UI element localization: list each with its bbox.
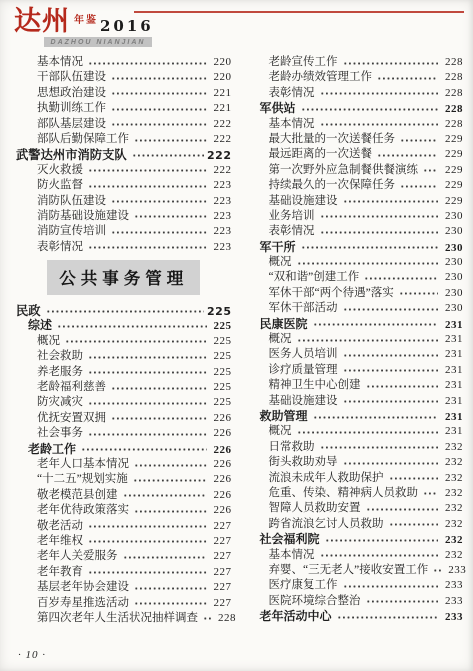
toc-entry-title: 最远距离的一次送餐	[269, 145, 373, 161]
toc-entry-page: 227	[210, 550, 232, 562]
toc-entry: 老年人关爱服务227	[16, 547, 232, 562]
dot-leader	[88, 393, 207, 408]
toc-entry-title: 社会救助	[37, 347, 83, 363]
section-heading: 公共事务管理	[16, 253, 232, 301]
dot-leader	[111, 378, 207, 393]
toc-entry: 防火监督223	[16, 176, 232, 191]
dot-leader	[399, 284, 438, 299]
dot-leader	[400, 130, 438, 145]
dot-leader	[57, 316, 206, 331]
toc-entry-title: “十二五”规划实施	[37, 470, 128, 486]
toc-entry-title: 精神卫生中心创建	[269, 376, 361, 392]
toc-entry: 优抚安置双拥226	[16, 409, 232, 424]
dot-leader	[297, 422, 439, 437]
toc-entry-page: 231	[441, 395, 463, 407]
toc-entry-page: 230	[441, 210, 463, 222]
toc-entry: 最大批量的一次送餐任务229	[248, 130, 464, 145]
logo-gray-bar: DAZHOU NIANJIAN	[44, 37, 152, 47]
dot-leader	[123, 486, 207, 501]
dot-leader	[343, 53, 439, 68]
dot-leader	[111, 222, 207, 237]
toc-entry-title: 概况	[269, 422, 292, 438]
toc-entry-page: 222	[210, 164, 232, 176]
toc-entry-page: 230	[441, 271, 463, 283]
toc-entry-page: 232	[441, 441, 463, 453]
toc-entry: 医疗康复工作233	[248, 576, 464, 591]
toc-entry-page: 227	[210, 566, 232, 578]
toc-entry: 概况231	[248, 330, 464, 345]
dot-leader	[320, 546, 439, 561]
toc-entry-page: 231	[441, 333, 463, 345]
toc-entry: 灭火救援222	[16, 161, 232, 176]
dot-leader	[423, 484, 438, 499]
toc-entry: 社会事务226	[16, 424, 232, 439]
dot-leader	[377, 68, 438, 83]
toc-entry-page: 232	[441, 534, 463, 546]
dot-leader	[366, 376, 439, 391]
dot-leader	[320, 207, 439, 222]
toc-columns: 基本情况220干部队伍建设220思想政治建设221执勤训练工作221部队基层建设…	[16, 53, 463, 624]
dot-leader	[297, 253, 439, 268]
toc-entry: 养老服务225	[16, 363, 232, 378]
toc-entry-title: 消防宣传培训	[37, 222, 106, 238]
toc-entry-title: 灭火救援	[37, 161, 83, 177]
toc-entry-page: 220	[210, 71, 232, 83]
toc-entry: 救助管理231	[248, 407, 464, 422]
toc-entry-title: 第四次老年人生活状况抽样调查	[37, 609, 198, 625]
logo-nianjian-text: 年鉴	[74, 16, 98, 26]
section-heading-text: 公共事务管理	[47, 260, 200, 295]
dot-leader	[132, 145, 204, 160]
toc-entry: 老年优待政策落实226	[16, 501, 232, 516]
toc-entry-page: 225	[210, 381, 232, 393]
toc-entry: 敬老模范县创建226	[16, 486, 232, 501]
toc-entry-page: 229	[441, 148, 463, 160]
dot-leader	[343, 192, 439, 207]
dot-leader	[320, 438, 439, 453]
page-header: 达州 年鉴 2016 DAZHOU NIANJIAN	[14, 8, 154, 47]
toc-entry-title: 消防基础设施建设	[37, 207, 129, 223]
toc-entry-page: 229	[441, 164, 463, 176]
toc-entry-page: 228	[441, 118, 463, 130]
dot-leader	[111, 115, 207, 130]
toc-entry-title: 老龄宣传工作	[269, 53, 338, 69]
dot-leader	[134, 578, 207, 593]
toc-entry-title: 持续最久的一次保障任务	[269, 176, 396, 192]
toc-entry-title: 概况	[269, 330, 292, 346]
toc-entry-title: 军休干部“两个待遇”落实	[269, 284, 394, 300]
dot-leader	[343, 361, 439, 376]
toc-entry-page: 221	[210, 87, 232, 99]
toc-entry: 表彰情况228	[248, 84, 464, 99]
toc-entry-page: 233	[441, 611, 463, 623]
toc-entry: 危重、传染、精神病人员救助232	[248, 484, 464, 499]
dot-leader	[88, 424, 207, 439]
toc-entry: 第一次野外应急制餐供餐演练229	[248, 161, 464, 176]
dot-leader	[364, 268, 438, 283]
toc-entry: 基础设施建设229	[248, 192, 464, 207]
toc-entry: 干部队伍建设220	[16, 68, 232, 83]
toc-entry: 老龄工作226	[16, 440, 232, 455]
dot-leader	[343, 392, 439, 407]
toc-entry-page: 231	[441, 364, 463, 376]
toc-entry-title: 防火监督	[37, 176, 83, 192]
toc-entry-title: 智障人员救助安置	[269, 499, 361, 515]
toc-entry: “双和谐”创建工作230	[248, 268, 464, 283]
dot-leader	[134, 455, 207, 470]
dot-leader	[111, 84, 207, 99]
toc-entry-title: 老年活动中心	[260, 607, 332, 624]
toc-entry-title: 老年教育	[37, 563, 83, 579]
toc-entry-title: 老龄福利慈善	[37, 378, 106, 394]
toc-entry: 日常救助232	[248, 438, 464, 453]
toc-entry-page: 231	[441, 379, 463, 391]
dot-leader	[88, 238, 207, 253]
dot-leader	[46, 301, 204, 316]
logo-dazhou-text: 达州	[14, 8, 70, 35]
toc-entry: 跨省流浪乞讨人员救助232	[248, 515, 464, 530]
toc-entry-page: 233	[441, 595, 463, 607]
toc-entry-page: 225	[207, 305, 231, 318]
toc-entry: 基本情况220	[16, 53, 232, 68]
toc-entry-page: 226	[210, 489, 232, 501]
toc-entry-title: 老龄办绩效管理工作	[269, 68, 373, 84]
toc-entry-page: 226	[210, 427, 232, 439]
toc-entry: 诊疗质量管理231	[248, 361, 464, 376]
dot-leader	[343, 299, 439, 314]
dot-leader	[111, 99, 207, 114]
dot-leader	[88, 363, 207, 378]
toc-entry-page: 222	[207, 149, 231, 162]
toc-entry-title: 概况	[37, 332, 60, 348]
toc-entry: 老龄福利慈善225	[16, 378, 232, 393]
toc-entry-title: 优抚安置双拥	[37, 409, 106, 425]
toc-entry: 老龄宣传工作228	[248, 53, 464, 68]
toc-entry-page: 223	[210, 210, 232, 222]
toc-entry: 部队后勤保障工作222	[16, 130, 232, 145]
toc-entry-title: 敬老活动	[37, 517, 83, 533]
toc-entry: “十二五”规划实施226	[16, 470, 232, 485]
toc-entry-title: 弃婴、“三无老人”接收安置工作	[269, 561, 429, 577]
dot-leader	[88, 176, 207, 191]
dot-leader	[325, 530, 438, 545]
toc-entry-page: 225	[210, 320, 232, 332]
toc-entry-title: 危重、传染、精神病人员救助	[269, 484, 419, 500]
toc-entry-page: 227	[210, 581, 232, 593]
dot-leader	[88, 53, 207, 68]
dot-leader	[433, 561, 441, 576]
dot-leader	[123, 547, 207, 562]
toc-entry-page: 231	[441, 319, 463, 331]
toc-entry: 基本情况232	[248, 546, 464, 561]
toc-entry-title: 基本情况	[269, 115, 315, 131]
dot-leader	[134, 501, 207, 516]
toc-entry: 最远距离的一次送餐229	[248, 145, 464, 160]
toc-entry-page: 222	[210, 118, 232, 130]
folio-page-number: · 10 ·	[18, 649, 46, 661]
dot-leader	[313, 407, 438, 422]
toc-entry-page: 225	[210, 335, 232, 347]
toc-entry: 执勤训练工作221	[16, 99, 232, 114]
dot-leader	[88, 347, 207, 362]
toc-entry: 军干所230	[248, 238, 464, 253]
dot-leader	[343, 453, 439, 468]
toc-entry: 表彰情况223	[16, 238, 232, 253]
toc-entry: 消防队伍建设223	[16, 192, 232, 207]
toc-entry-title: 医务人员培训	[269, 345, 338, 361]
toc-entry-title: 第一次野外应急制餐供餐演练	[269, 161, 419, 177]
toc-entry: 老年维权227	[16, 532, 232, 547]
dot-leader	[133, 470, 207, 485]
toc-entry: 民政225	[16, 301, 232, 316]
dot-leader	[313, 315, 438, 330]
toc-entry-title: 概况	[269, 253, 292, 269]
toc-entry-page: 225	[210, 366, 232, 378]
dot-leader	[366, 592, 439, 607]
toc-entry-page: 226	[210, 504, 232, 516]
toc-entry-title: 部队后勤保障工作	[37, 130, 129, 146]
toc-entry: 消防宣传培训223	[16, 222, 232, 237]
dot-leader	[320, 222, 439, 237]
toc-entry: 思想政治建设221	[16, 84, 232, 99]
dot-leader	[366, 499, 439, 514]
toc-entry-page: 225	[210, 396, 232, 408]
yearbook-logo: 达州 年鉴 2016	[14, 8, 154, 35]
toc-entry: 消防基础设施建设223	[16, 207, 232, 222]
toc-entry-page: 233	[444, 564, 466, 576]
toc-entry-page: 229	[441, 179, 463, 191]
toc-entry-title: 社会事务	[37, 424, 83, 440]
toc-entry-title: 医疗康复工作	[269, 576, 338, 592]
toc-entry: 社会救助225	[16, 347, 232, 362]
toc-entry-title: 敬老模范县创建	[37, 486, 118, 502]
toc-entry-page: 228	[441, 71, 463, 83]
toc-entry-page: 230	[441, 287, 463, 299]
toc-entry-page: 232	[441, 456, 463, 468]
toc-entry-page: 229	[441, 195, 463, 207]
toc-column-right: 老龄宣传工作228老龄办绩效管理工作228表彰情况228军供站228基本情况22…	[248, 53, 464, 624]
toc-entry-page: 223	[210, 241, 232, 253]
toc-entry: 老年活动中心233	[248, 607, 464, 622]
yearbook-toc-page: 达州 年鉴 2016 DAZHOU NIANJIAN 基本情况220干部队伍建设…	[0, 0, 473, 671]
toc-entry-page: 226	[210, 412, 232, 424]
dot-leader	[111, 68, 207, 83]
toc-entry-page: 228	[441, 56, 463, 68]
toc-entry: 精神卫生中心创建231	[248, 376, 464, 391]
toc-entry-page: 231	[441, 411, 463, 423]
toc-entry-page: 232	[441, 502, 463, 514]
toc-entry-title: 表彰情况	[37, 238, 83, 254]
dot-leader	[88, 161, 207, 176]
dot-leader	[88, 517, 207, 532]
dot-leader	[320, 84, 439, 99]
toc-entry: 百岁寿星推选活动227	[16, 594, 232, 609]
dot-leader	[134, 130, 207, 145]
toc-entry-title: 干部队伍建设	[37, 68, 106, 84]
toc-entry-title: 医院环境综合整治	[269, 592, 361, 608]
dot-leader	[343, 345, 439, 360]
dot-leader	[81, 440, 206, 455]
toc-entry: 智障人员救助安置232	[248, 499, 464, 514]
toc-entry-page: 232	[441, 472, 463, 484]
toc-entry-page: 226	[210, 444, 232, 456]
toc-entry-page: 231	[441, 348, 463, 360]
toc-entry: 武警达州市消防支队222	[16, 145, 232, 160]
toc-entry-page: 230	[441, 225, 463, 237]
dot-leader	[65, 332, 207, 347]
toc-entry-title: 消防队伍建设	[37, 192, 106, 208]
toc-entry: 综述225	[16, 316, 232, 331]
toc-entry: 敬老活动227	[16, 517, 232, 532]
toc-entry-title: 老年维权	[37, 532, 83, 548]
toc-entry-title: 诊疗质量管理	[269, 361, 338, 377]
toc-entry-page: 222	[210, 133, 232, 145]
dot-leader	[111, 192, 207, 207]
toc-entry-title: 最大批量的一次送餐任务	[269, 130, 396, 146]
toc-entry-page: 230	[441, 302, 463, 314]
toc-entry-page: 230	[441, 256, 463, 268]
toc-column-left: 基本情况220干部队伍建设220思想政治建设221执勤训练工作221部队基层建设…	[16, 53, 232, 624]
dot-leader	[88, 563, 207, 578]
toc-entry-title: 业务培训	[269, 207, 315, 223]
toc-entry-title: 军休干部活动	[269, 299, 338, 315]
toc-entry: 持续最久的一次保障任务229	[248, 176, 464, 191]
toc-entry: 基本情况228	[248, 115, 464, 130]
dot-leader	[389, 469, 439, 484]
toc-entry: 概况230	[248, 253, 464, 268]
toc-entry-page: 225	[210, 350, 232, 362]
toc-entry-title: 老年人口基本情况	[37, 455, 129, 471]
toc-entry-title: 老年人关爱服务	[37, 547, 118, 563]
toc-entry: 基础设施建设231	[248, 392, 464, 407]
toc-entry-page: 228	[441, 103, 463, 115]
logo-romanized-text: DAZHOU NIANJIAN	[51, 39, 146, 46]
toc-entry: 流浪未成年人救助保护232	[248, 469, 464, 484]
toc-entry-title: 基本情况	[269, 546, 315, 562]
dot-leader	[343, 576, 439, 591]
toc-entry-title: 老年优待政策落实	[37, 501, 129, 517]
toc-entry-page: 223	[210, 195, 232, 207]
toc-entry: 概况225	[16, 332, 232, 347]
toc-entry-page: 227	[210, 520, 232, 532]
toc-entry-title: “双和谐”创建工作	[269, 268, 360, 284]
toc-entry-title: 执勤训练工作	[37, 99, 106, 115]
toc-entry-page: 227	[210, 535, 232, 547]
toc-entry-page: 226	[210, 458, 232, 470]
toc-entry-title: 部队基层建设	[37, 115, 106, 131]
dot-leader	[377, 145, 438, 160]
toc-entry-title: 百岁寿星推选活动	[37, 594, 129, 610]
toc-entry: 医院环境综合整治233	[248, 592, 464, 607]
header-accent-rule	[134, 11, 464, 13]
toc-entry: 街头救助劝导232	[248, 453, 464, 468]
toc-entry-page: 221	[210, 102, 232, 114]
toc-entry-title: 日常救助	[269, 438, 315, 454]
toc-entry-title: 表彰情况	[269, 84, 315, 100]
toc-entry: 老年人口基本情况226	[16, 455, 232, 470]
toc-entry: 军休干部活动230	[248, 299, 464, 314]
toc-entry-title: 表彰情况	[269, 222, 315, 238]
toc-entry-title: 思想政治建设	[37, 84, 106, 100]
toc-entry-page: 223	[210, 225, 232, 237]
dot-leader	[337, 607, 438, 622]
toc-entry: 概况231	[248, 422, 464, 437]
toc-entry-title: 基本情况	[37, 53, 83, 69]
toc-entry: 弃婴、“三无老人”接收安置工作233	[248, 561, 464, 576]
toc-entry: 老年教育227	[16, 563, 232, 578]
toc-entry-title: 街头救助劝导	[269, 453, 338, 469]
toc-entry-title: 流浪未成年人救助保护	[269, 469, 384, 485]
dot-leader	[203, 609, 211, 624]
toc-entry-title: 基础设施建设	[269, 192, 338, 208]
toc-entry: 民康医院231	[248, 315, 464, 330]
logo-year-text: 2016	[100, 19, 154, 34]
toc-entry: 业务培训230	[248, 207, 464, 222]
toc-entry-page: 227	[210, 597, 232, 609]
toc-entry-page: 223	[210, 179, 232, 191]
dot-leader	[111, 409, 207, 424]
toc-entry: 军供站228	[248, 99, 464, 114]
dot-leader	[297, 330, 439, 345]
dot-leader	[88, 532, 207, 547]
dot-leader	[301, 99, 438, 114]
dot-leader	[320, 115, 439, 130]
toc-entry-title: 基础设施建设	[269, 392, 338, 408]
toc-entry: 老龄办绩效管理工作228	[248, 68, 464, 83]
toc-entry: 医务人员培训231	[248, 345, 464, 360]
toc-entry-title: 养老服务	[37, 363, 83, 379]
dot-leader	[134, 594, 207, 609]
toc-entry-title: 跨省流浪乞讨人员救助	[269, 515, 384, 531]
toc-entry-page: 226	[210, 473, 232, 485]
toc-entry: 第四次老年人生活状况抽样调查228	[16, 609, 232, 624]
toc-entry: 部队基层建设222	[16, 115, 232, 130]
toc-entry-page: 233	[441, 579, 463, 591]
dot-leader	[400, 176, 438, 191]
toc-entry: 社会福利院232	[248, 530, 464, 545]
toc-entry: 基层老年协会建设227	[16, 578, 232, 593]
dot-leader	[134, 207, 207, 222]
dot-leader	[301, 238, 438, 253]
toc-entry-page: 228	[214, 612, 236, 624]
toc-entry: 军休干部“两个待遇”落实230	[248, 284, 464, 299]
toc-entry-title: 基层老年协会建设	[37, 578, 129, 594]
dot-leader	[423, 161, 438, 176]
toc-entry-page: 232	[441, 487, 463, 499]
toc-entry-page: 232	[441, 518, 463, 530]
toc-entry-page: 231	[441, 425, 463, 437]
toc-entry-title: 防灾减灾	[37, 393, 83, 409]
toc-entry-page: 220	[210, 56, 232, 68]
dot-leader	[389, 515, 439, 530]
toc-entry-page: 230	[441, 242, 463, 254]
toc-entry-page: 232	[441, 549, 463, 561]
toc-entry-page: 229	[441, 133, 463, 145]
toc-entry-page: 228	[441, 87, 463, 99]
toc-entry: 防灾减灾225	[16, 393, 232, 408]
toc-entry: 表彰情况230	[248, 222, 464, 237]
